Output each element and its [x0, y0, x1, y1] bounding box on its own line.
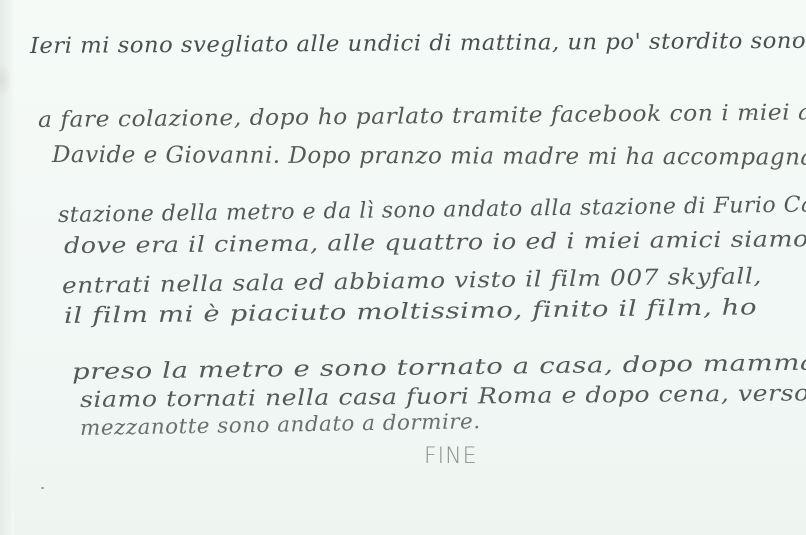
paper-sheet: Ieri mi sono svegliato alle undici di ma…	[0, 0, 806, 535]
text-line-5: dove era il cinema, alle quattro io ed i…	[64, 227, 806, 259]
pencil-speck	[793, 37, 796, 39]
text-line-8: preso la metro e sono tornato a casa, do…	[72, 350, 806, 385]
text-line-3: Davide e Giovanni. Dopo pranzo mia madre…	[52, 142, 806, 171]
text-line-10: mezzanotte sono andato a dormire.	[80, 409, 481, 440]
text-line-7: il film mi è piaciuto moltissimo, finito…	[64, 295, 758, 329]
closing-word: FINE	[424, 444, 478, 469]
pencil-speck	[41, 487, 44, 489]
text-line-9: siamo tornati nella casa fuori Roma e do…	[80, 381, 806, 413]
paper-smudge	[0, 62, 10, 98]
text-line-1: Ieri mi sono svegliato alle undici di ma…	[30, 28, 806, 59]
text-line-6: entrati nella sala ed abbiamo visto il f…	[62, 264, 762, 299]
pencil-speck	[750, 113, 753, 115]
text-line-2: a fare colazione, dopo ho parlato tramit…	[38, 100, 806, 133]
text-line-4: stazione della metro e da lì sono andato…	[58, 192, 806, 228]
